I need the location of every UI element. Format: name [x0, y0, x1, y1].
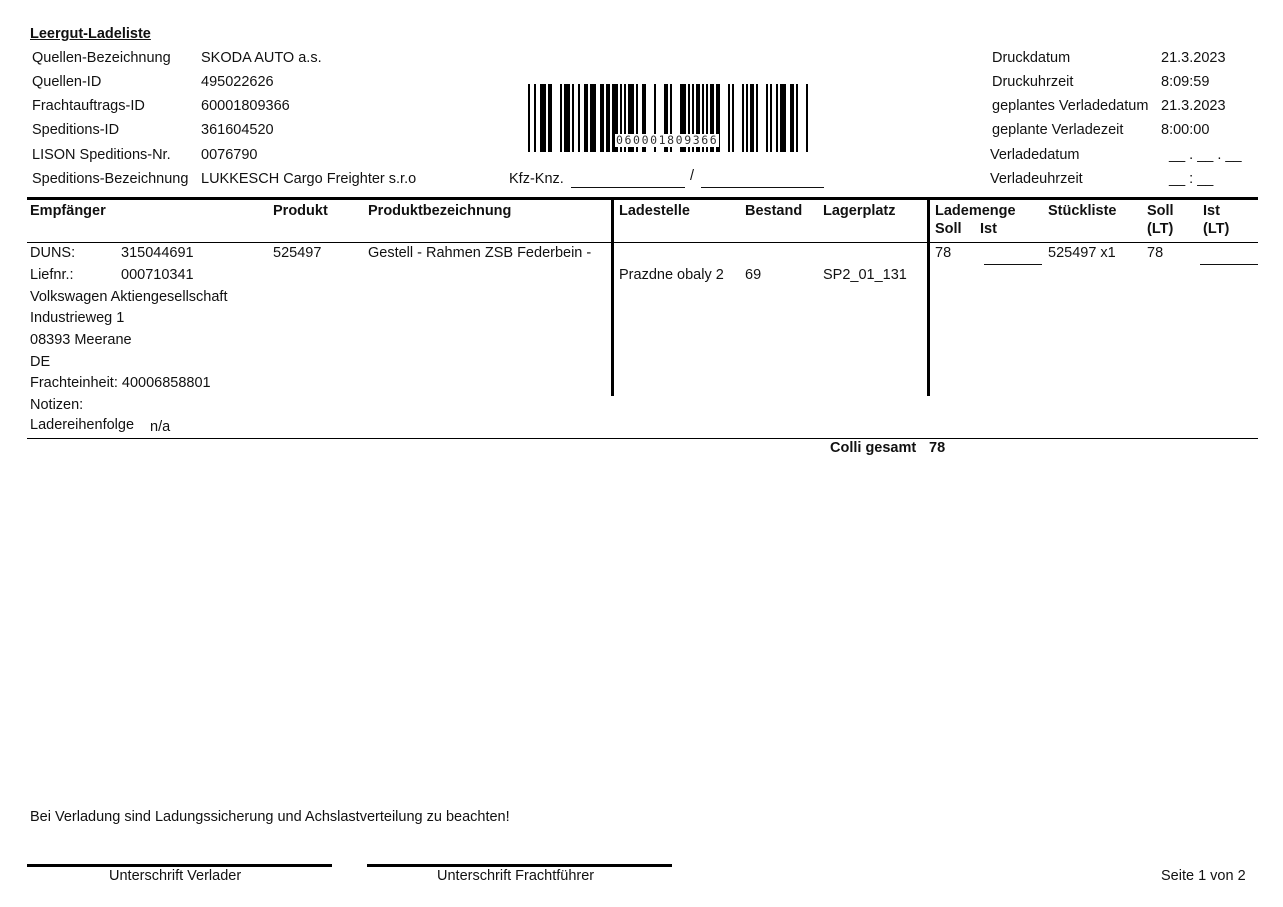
- product-number: 525497: [273, 245, 321, 261]
- header-lademenge: Lademenge: [935, 203, 1016, 219]
- signature-carrier-line[interactable]: [367, 864, 672, 867]
- parts-list: 525497 x1: [1048, 245, 1116, 261]
- freight-unit: Frachteinheit: 40006858801: [30, 375, 211, 391]
- signature-loader-line[interactable]: [27, 864, 332, 867]
- loading-time-field[interactable]: __ : __: [1169, 171, 1213, 187]
- header-ist-lt: Ist: [1203, 203, 1220, 219]
- header-ist: Ist: [980, 221, 997, 237]
- duns-label: DUNS:: [30, 245, 75, 261]
- storage-location: SP2_01_131: [823, 267, 907, 283]
- loading-notice: Bei Verladung sind Ladungssicherung und …: [30, 809, 510, 825]
- header-ladestelle: Ladestelle: [619, 203, 690, 219]
- print-time-label: Druckuhrzeit: [992, 74, 1073, 90]
- recipient-street: Industrieweg 1: [30, 310, 124, 326]
- source-name-value: SKODA AUTO a.s.: [201, 50, 322, 66]
- print-date-value: 21.3.2023: [1161, 50, 1226, 66]
- barcode-text: 060001809366: [615, 134, 719, 147]
- loading-date-label: Verladedatum: [990, 147, 1079, 163]
- table-top-border: [27, 197, 1258, 200]
- source-id-value: 495022626: [201, 74, 274, 90]
- print-date-label: Druckdatum: [992, 50, 1070, 66]
- planned-loading-time-label: geplante Verladezeit: [992, 122, 1123, 138]
- header-stueckliste: Stückliste: [1048, 203, 1117, 219]
- total-colli-value: 78: [929, 440, 945, 456]
- header-soll-lt-unit: (LT): [1147, 221, 1173, 237]
- column-divider-lademenge: [927, 197, 930, 396]
- forwarder-id-value: 361604520: [201, 122, 274, 138]
- lison-forwarder-no-label: LISON Speditions-Nr.: [32, 147, 171, 163]
- document-title: Leergut-Ladeliste: [30, 26, 151, 42]
- loading-date-field[interactable]: __ . __ . __: [1169, 147, 1242, 163]
- header-lagerplatz: Lagerplatz: [823, 203, 896, 219]
- column-divider-ladestelle: [611, 197, 614, 396]
- planned-loading-time-value: 8:00:00: [1161, 122, 1209, 138]
- license-plate-separator: /: [690, 168, 694, 184]
- lison-forwarder-no-value: 0076790: [201, 147, 257, 163]
- loading-sequence-value: n/a: [150, 419, 170, 435]
- total-colli-label: Colli gesamt: [830, 440, 916, 456]
- header-produkt: Produkt: [273, 203, 328, 219]
- planned-loading-date-label: geplantes Verladedatum: [992, 98, 1148, 114]
- print-time-value: 8:09:59: [1161, 74, 1209, 90]
- stock: 69: [745, 267, 761, 283]
- license-plate-label: Kfz-Knz.: [509, 171, 564, 187]
- product-description: Gestell - Rahmen ZSB Federbein -: [368, 245, 591, 261]
- header-empfaenger: Empfänger: [30, 203, 106, 219]
- freight-order-id-label: Frachtauftrags-ID: [32, 98, 145, 114]
- source-name-label: Quellen-Bezeichnung: [32, 50, 171, 66]
- recipient-name: Volkswagen Aktiengesellschaft: [30, 289, 228, 305]
- forwarder-name-label: Speditions-Bezeichnung: [32, 171, 188, 187]
- recipient-country: DE: [30, 354, 50, 370]
- signature-loader-label: Unterschrift Verlader: [109, 868, 241, 884]
- planned-loading-date-value: 21.3.2023: [1161, 98, 1226, 114]
- header-soll-lt: Soll: [1147, 203, 1174, 219]
- signature-carrier-label: Unterschrift Frachtführer: [437, 868, 594, 884]
- duns-value: 315044691: [121, 245, 194, 261]
- header-ist-lt-unit: (LT): [1203, 221, 1229, 237]
- supplier-no-value: 000710341: [121, 267, 194, 283]
- loading-sequence-label: Ladereihenfolge: [30, 417, 134, 433]
- forwarder-id-label: Speditions-ID: [32, 122, 119, 138]
- actual-lt-field[interactable]: [1200, 264, 1258, 265]
- header-produktbezeichnung: Produktbezeichnung: [368, 203, 511, 219]
- table-header-divider: [27, 242, 1258, 243]
- load-quantity-target: 78: [935, 245, 951, 261]
- license-plate-field-1[interactable]: [571, 187, 685, 188]
- supplier-no-label: Liefnr.:: [30, 267, 74, 283]
- license-plate-field-2[interactable]: [701, 187, 824, 188]
- freight-order-id-value: 60001809366: [201, 98, 290, 114]
- load-quantity-actual-field[interactable]: [984, 264, 1042, 265]
- notes-label: Notizen:: [30, 397, 83, 413]
- loading-time-label: Verladeuhrzeit: [990, 171, 1083, 187]
- table-bottom-border: [27, 438, 1258, 439]
- page-number: Seite 1 von 2: [1161, 868, 1246, 884]
- target-lt: 78: [1147, 245, 1163, 261]
- header-bestand: Bestand: [745, 203, 802, 219]
- source-id-label: Quellen-ID: [32, 74, 101, 90]
- loading-point: Prazdne obaly 2: [619, 267, 724, 283]
- recipient-city: 08393 Meerane: [30, 332, 132, 348]
- forwarder-name-value: LUKKESCH Cargo Freighter s.r.o: [201, 171, 416, 187]
- header-soll: Soll: [935, 221, 962, 237]
